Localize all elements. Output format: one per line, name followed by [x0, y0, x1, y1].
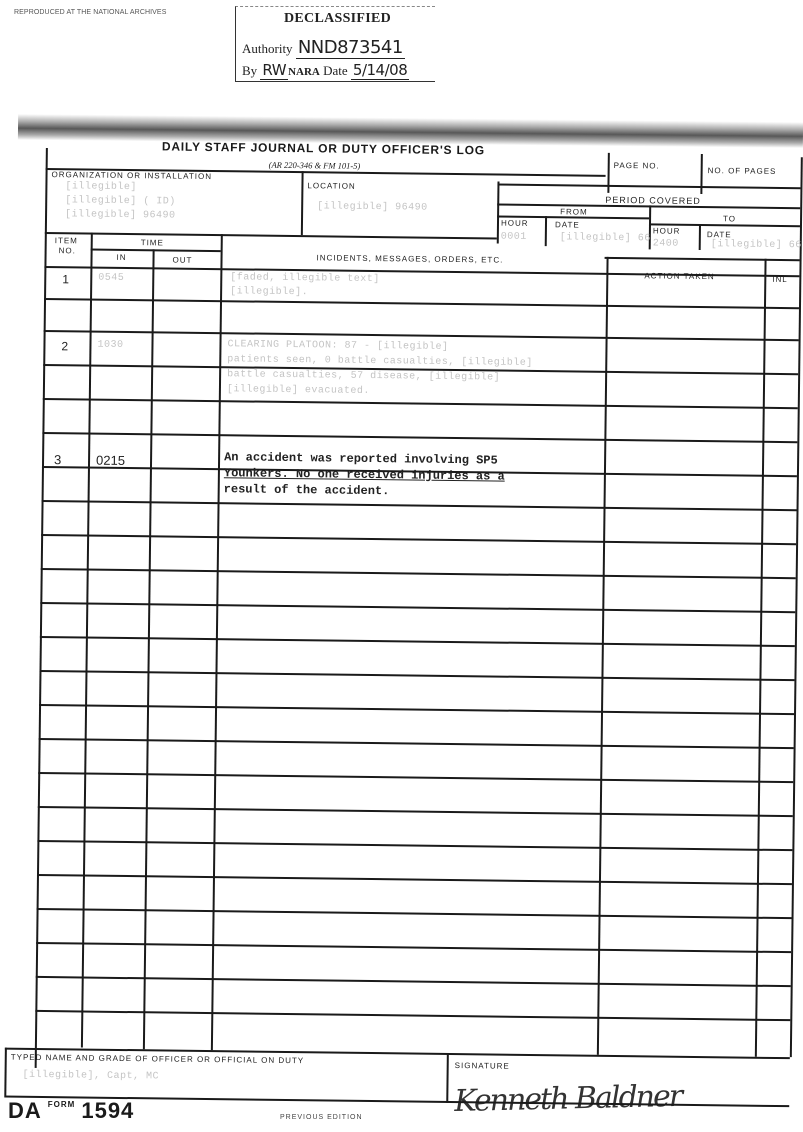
col-divider-time — [211, 234, 222, 1050]
form-number-value: 1594 — [81, 1098, 134, 1123]
frame-right — [790, 157, 802, 1057]
entry-3-item: 3 — [54, 452, 61, 467]
item-no-header: NO. — [59, 246, 76, 255]
row-divider — [37, 874, 792, 885]
form-title: DAILY STAFF JOURNAL OR DUTY OFFICER'S LO… — [162, 139, 485, 157]
time-sub-line — [91, 249, 221, 252]
row-divider — [42, 500, 797, 511]
to-label: TO — [723, 214, 736, 223]
by-initials: RW — [260, 61, 288, 80]
from-date-label: DATE — [555, 220, 580, 229]
row-divider — [39, 704, 794, 715]
entry-1-time-in: 0545 — [98, 273, 124, 284]
page-no-divider — [607, 153, 609, 193]
time-out-header: OUT — [172, 256, 192, 265]
row-divider — [36, 976, 791, 987]
authority-value: NND873541 — [296, 37, 405, 59]
no-of-pages-label: NO. OF PAGES — [708, 166, 777, 176]
to-hour-value: 2400 — [653, 238, 679, 249]
action-header-top-line — [605, 257, 800, 261]
signature-divider — [446, 1053, 448, 1103]
to-hour-label: HOUR — [653, 226, 681, 235]
to-hour-divider — [699, 224, 701, 250]
duty-log-form: DAILY STAFF JOURNAL OR DUTY OFFICER'S LO… — [35, 138, 803, 1077]
form-label: FORM — [48, 1100, 76, 1109]
entry-3-time-in: 0215 — [96, 453, 125, 468]
form-subtitle: (AR 220-346 & FM 101-5) — [269, 160, 361, 171]
from-label: FROM — [560, 207, 588, 216]
form-number: DAFORM1594 — [8, 1098, 134, 1124]
organization-line-3: [illegible] 96490 — [65, 209, 176, 221]
column-header-top-line — [45, 232, 497, 239]
date-label: Date — [323, 63, 348, 78]
entry-3-line-3: result of the accident. — [224, 481, 390, 499]
page-no-label: PAGE NO. — [614, 161, 660, 171]
signature: Kenneth Baldner — [454, 1079, 682, 1119]
location-value: [illegible] 96490 — [317, 201, 428, 213]
item-header: ITEM — [55, 236, 78, 245]
row-divider — [40, 602, 795, 613]
footer-left-edge — [4, 1048, 6, 1096]
row-divider — [44, 330, 799, 341]
entry-1-line-1: [faded, illegible text] — [230, 272, 380, 285]
organization-line-1: [illegible] — [65, 181, 137, 193]
from-hour-label: HOUR — [501, 219, 529, 228]
pages-divider — [700, 154, 702, 194]
organization-label: ORGANIZATION OR INSTALLATION — [51, 170, 212, 181]
col-divider-action — [597, 257, 608, 1055]
from-date-value: [illegible] 66 — [560, 232, 651, 244]
period-top-line — [497, 184, 800, 189]
organization-line-2: [illegible] ( ID) — [65, 195, 176, 207]
from-hour-divider — [545, 216, 547, 246]
row-divider — [36, 942, 791, 953]
previous-edition-note: PREVIOUS EDITION — [280, 1114, 363, 1121]
typed-name-label: TYPED NAME AND GRADE OF OFFICER OR OFFIC… — [11, 1053, 304, 1066]
row-divider — [37, 840, 792, 851]
entry-2-time-in: 1030 — [97, 340, 123, 351]
row-divider — [41, 534, 796, 545]
row-divider — [44, 298, 799, 309]
entry-2-line-3: battle casualties, 57 disease, [illegibl… — [227, 369, 500, 383]
form-prefix: DA — [8, 1098, 42, 1123]
col-divider-item — [81, 233, 92, 1048]
entry-2-line-4: [illegible] evacuated. — [227, 384, 370, 397]
signature-label: SIGNATURE — [455, 1061, 510, 1071]
nara-label: NARA — [288, 66, 320, 78]
authority-line: Authority NND873541 — [242, 37, 405, 58]
time-header: TIME — [141, 238, 164, 247]
entry-1-line-2: [illegible]. — [230, 286, 308, 298]
to-date-value: [illegible] 66 — [711, 239, 802, 251]
row-divider — [37, 908, 792, 919]
declassification-stamp: DECLASSIFIED Authority NND873541 By RWNA… — [235, 6, 435, 82]
location-divider — [301, 171, 303, 235]
row-divider — [38, 806, 793, 817]
to-date-label: DATE — [707, 230, 732, 239]
row-divider — [39, 738, 794, 749]
by-line: By RWNARA Date 5/14/08 — [242, 61, 409, 79]
time-in-header: IN — [116, 253, 126, 262]
row-divider — [35, 1010, 790, 1021]
entry-2-item: 2 — [61, 339, 68, 353]
entry-1-item: 1 — [62, 272, 69, 286]
date-value: 5/14/08 — [351, 61, 409, 80]
incidents-header: INCIDENTS, MESSAGES, ORDERS, ETC. — [317, 253, 504, 264]
col-divider-in-out — [143, 249, 154, 1049]
col-divider-inl — [755, 259, 766, 1057]
row-divider — [39, 670, 794, 681]
from-hour-value: 0001 — [501, 232, 527, 243]
row-divider — [43, 398, 798, 409]
archive-reproduction-note: REPRODUCED AT THE NATIONAL ARCHIVES — [14, 9, 166, 16]
entry-2-line-1: CLEARING PLATOON: 87 - [illegible] — [227, 339, 448, 353]
period-divider — [497, 182, 499, 244]
row-divider — [40, 636, 795, 647]
typed-name-value: [illegible], Capt, MC — [22, 1070, 159, 1083]
row-divider — [42, 432, 797, 443]
frame-left — [35, 148, 48, 1068]
location-label: LOCATION — [307, 181, 355, 191]
by-label: By — [242, 63, 257, 78]
row-divider — [38, 772, 793, 783]
declassified-title: DECLASSIFIED — [284, 11, 391, 27]
authority-label: Authority — [242, 41, 293, 56]
row-divider — [41, 568, 796, 579]
